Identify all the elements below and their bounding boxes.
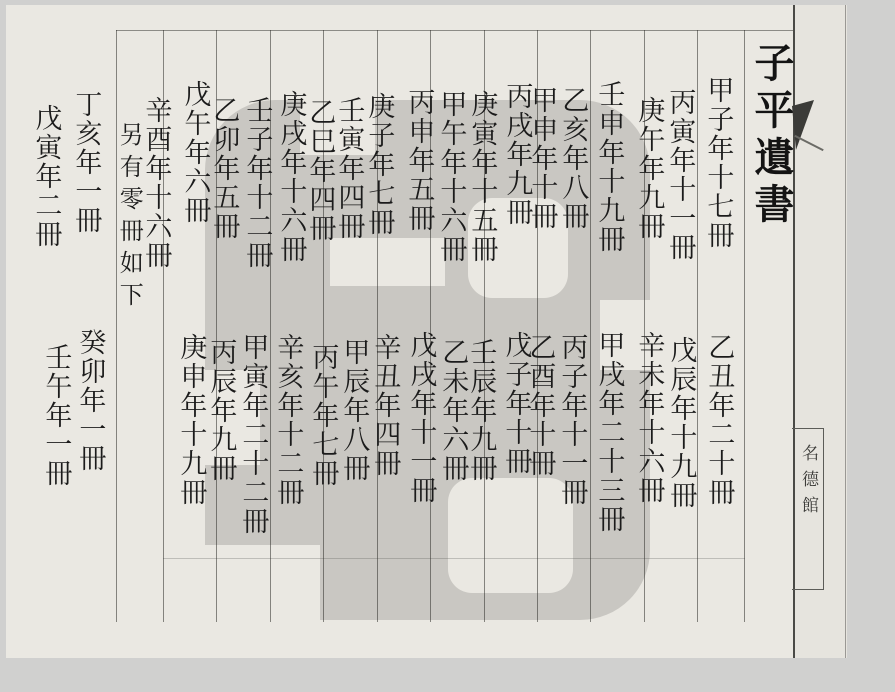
ledger-entry-bottom: 戊子年十冊 — [501, 331, 529, 476]
ledger-entry-bottom: 甲寅年二十二冊 — [238, 333, 266, 536]
ruled-line — [697, 30, 698, 622]
ledger-entry-bottom: 戊辰年十九冊 — [666, 336, 694, 510]
ledger-entry-top: 丙戌年九冊 — [502, 82, 530, 227]
ledger-entry-top: 壬子年十二冊 — [242, 96, 270, 270]
ledger-entry-bottom: 乙丑年二十冊 — [704, 333, 732, 507]
ledger-entry-top: 庚寅年十五冊 — [467, 90, 495, 264]
watermark-cutout — [205, 545, 320, 620]
ledger-entry-bottom: 辛亥年十二冊 — [273, 333, 301, 507]
ledger-entry-bottom: 乙未年六冊 — [438, 338, 466, 483]
page-edge-line — [845, 5, 846, 658]
ledger-entry-top: 戊午年六冊 — [180, 80, 208, 225]
ledger-entry-bottom: 甲辰年八冊 — [339, 338, 367, 483]
ledger-entry-bottom: 壬辰年九冊 — [466, 338, 494, 483]
ledger-entry-top: 壬寅年四冊 — [334, 96, 362, 241]
ledger-entry-top: 乙亥年八冊 — [558, 86, 586, 231]
ruled-line — [116, 30, 117, 622]
ledger-entry-margin: 癸卯年一冊 — [75, 328, 103, 473]
watermark-cutout — [330, 238, 445, 286]
ledger-entry-top: 壬申年十九冊 — [594, 80, 622, 254]
ledger-entry-top: 辛酉年十六冊 — [141, 96, 169, 270]
ledger-entry-bottom: 丙辰年九冊 — [206, 338, 234, 483]
page-title: 子平遺書 — [750, 42, 792, 230]
collection-label: 名德館 — [796, 444, 821, 522]
ledger-entry-top: 庚戌年十六冊 — [276, 90, 304, 264]
ledger-entry-top: 庚子年七冊 — [364, 92, 392, 237]
scanned-manuscript-page: 名德館 子平遺書 甲子年十七冊 丙寅年十一冊 庚午年九冊 壬申年十九冊 乙亥年八… — [0, 0, 895, 692]
margin-note: 另有零冊如下 — [116, 122, 141, 314]
ledger-entry-bottom: 辛未年十六冊 — [634, 331, 662, 505]
ruled-line-mid — [163, 558, 745, 559]
ledger-entry-bottom: 甲戌年二十三冊 — [594, 331, 622, 534]
ledger-entry-bottom: 辛丑年四冊 — [370, 333, 398, 478]
ledger-entry-bottom: 戊戌年十一冊 — [406, 331, 434, 505]
ledger-entry-top: 甲子年十七冊 — [703, 76, 731, 250]
ledger-entry-top: 丙申年五冊 — [404, 88, 432, 233]
ledger-entry-top: 甲午年十六冊 — [436, 90, 464, 264]
ledger-entry-top: 乙卯年五冊 — [209, 96, 237, 241]
ledger-entry-top: 乙巳年四冊 — [305, 98, 333, 243]
ledger-entry-bottom: 丙午年七冊 — [308, 343, 336, 488]
ledger-entry-top: 丙寅年十一冊 — [665, 88, 693, 262]
ruled-line — [744, 30, 745, 622]
ledger-entry-margin: 丁亥年一冊 — [71, 90, 99, 235]
ruled-line — [590, 30, 591, 622]
watermark-cutout — [448, 478, 573, 593]
ledger-entry-bottom: 庚申年十九冊 — [176, 333, 204, 507]
ruled-line-top — [116, 30, 793, 31]
ledger-entry-margin: 壬午年一冊 — [41, 343, 69, 488]
ledger-entry-bottom: 丙子年十一冊 — [557, 333, 585, 507]
ledger-entry-top: 庚午年九冊 — [634, 96, 662, 241]
ledger-entry-margin: 戊寅年二冊 — [31, 104, 59, 249]
